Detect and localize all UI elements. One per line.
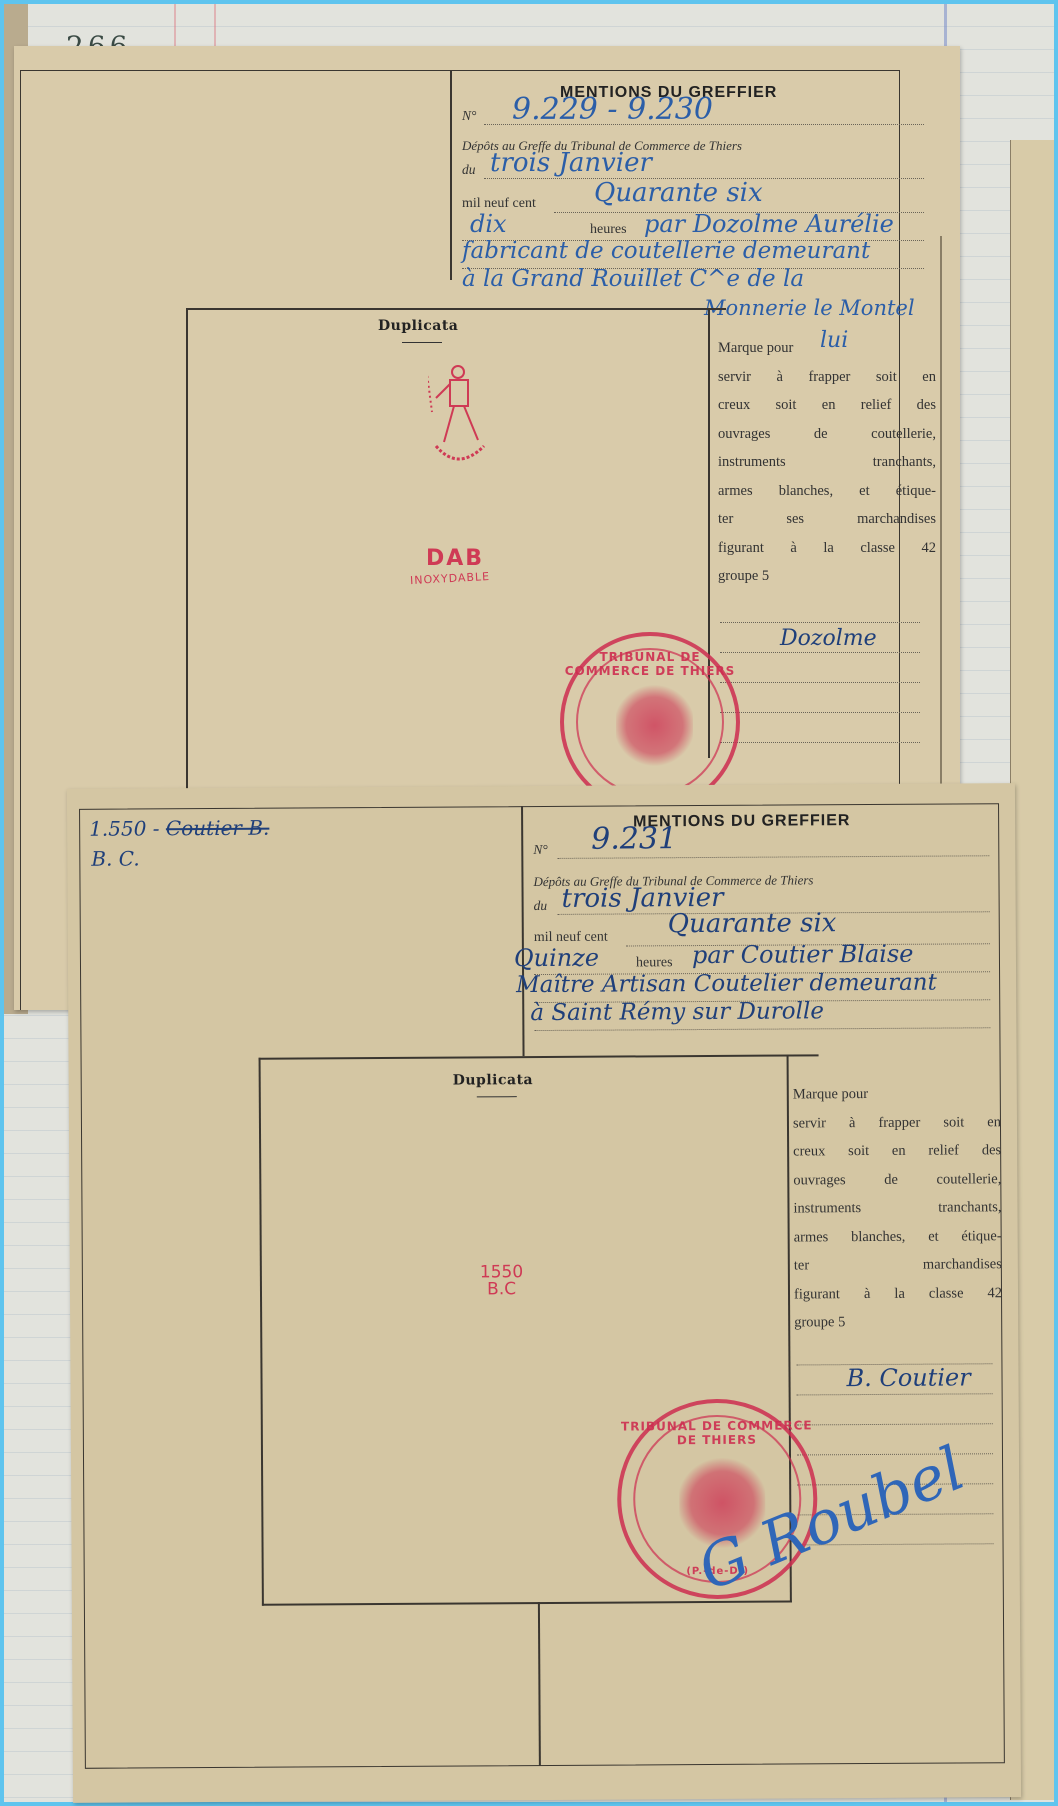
marque-line: Marque pour: [793, 1079, 1001, 1109]
marque-line: groupe 5: [794, 1307, 1002, 1337]
margin-note-struck-text: Coutier B.: [166, 816, 270, 841]
marque-line: ouvrages de coutellerie,: [718, 420, 936, 449]
number-label: N°: [533, 842, 548, 858]
marque-line: ouvrages de coutellerie,: [793, 1165, 1001, 1195]
deposit-date: trois Janvier: [490, 148, 652, 178]
mark-stamp-initials: B.C: [480, 1281, 523, 1298]
marque-line: instruments tranchants,: [718, 448, 936, 477]
dab-logo-stamp: DAB: [426, 546, 484, 571]
depositor-address: à Saint Rémy sur Durolle: [530, 998, 824, 1026]
mark-stamp-1550: 1550 B.C: [480, 1264, 523, 1298]
margin-note-number: 1.550 - Coutier B.: [89, 816, 269, 841]
heures-label: heures: [636, 955, 673, 971]
marque-line: servir à frapper soit en: [793, 1108, 1001, 1138]
marque-description: Marque pour servir à frapper soit en cre…: [718, 334, 936, 591]
deposit-year: Quarante six: [594, 178, 763, 208]
marque-line: armes blanches, et étique-: [794, 1222, 1002, 1252]
marque-description: Marque pour servir à frapper soit en cre…: [793, 1079, 1003, 1337]
signature-rule: [720, 622, 920, 623]
margin-note-number-text: 1.550 -: [89, 816, 160, 840]
depositor-name: par Coutier Blaise: [692, 940, 914, 969]
du-label: du: [534, 898, 548, 914]
deposit-number: 9.231: [591, 821, 677, 857]
duplicata-rule: [402, 342, 442, 343]
signature-rule: [720, 712, 920, 713]
duplicata-label: Duplicata: [453, 1072, 533, 1088]
depositor-address: à la Grand Rouillet C^e de la: [462, 266, 804, 292]
deposit-number: 9.229 - 9.230: [512, 92, 713, 127]
marque-line: figurant à la classe 42: [718, 534, 936, 563]
trademark-card-2: 1.550 - Coutier B. B. C. MENTIONS DU GRE…: [67, 783, 1021, 1803]
signature-rule: [720, 682, 920, 683]
marque-line: ter marchandises: [794, 1250, 1002, 1280]
du-label: du: [462, 162, 476, 178]
margin-note-initials: B. C.: [91, 846, 140, 870]
card-inner-right-rule: [940, 236, 942, 796]
deposit-hour: dix: [470, 210, 507, 238]
depositor-occupation: fabricant de coutellerie demeurant: [462, 238, 870, 264]
depositor-occupation: Maître Artisan Coutelier demeurant: [516, 970, 937, 999]
depositor-signature: B. Coutier: [846, 1363, 970, 1392]
depositor-signature: Dozolme: [780, 626, 877, 651]
duplicata-label: Duplicata: [378, 318, 458, 334]
marque-line: ter ses marchandises: [718, 505, 936, 534]
deposit-year: Quarante six: [668, 908, 837, 939]
column-divider: [450, 70, 452, 280]
walker-stamp-icon: [428, 362, 498, 482]
marque-pour-handwritten: lui: [820, 328, 848, 353]
marque-line: instruments tranchants,: [793, 1193, 1001, 1223]
marque-line: armes blanches, et étique-: [718, 477, 936, 506]
box-top-rule: [186, 308, 726, 310]
number-label: N°: [462, 108, 476, 124]
signature-rule: [720, 742, 920, 743]
signature-rule: [720, 652, 920, 653]
depositor-address-cont: Monnerie le Montel: [704, 296, 915, 320]
marque-line: creux soit en relief des: [793, 1136, 1001, 1166]
marque-line: servir à frapper soit en: [718, 363, 936, 392]
marque-line: groupe 5: [718, 562, 936, 591]
deposit-hour: Quinze: [514, 944, 599, 973]
marque-line: figurant à la classe 42: [794, 1279, 1002, 1309]
depositor-name: par Dozolme Aurélie: [644, 210, 894, 238]
marque-line: creux soit en relief des: [718, 391, 936, 420]
heures-label: heures: [590, 222, 627, 238]
